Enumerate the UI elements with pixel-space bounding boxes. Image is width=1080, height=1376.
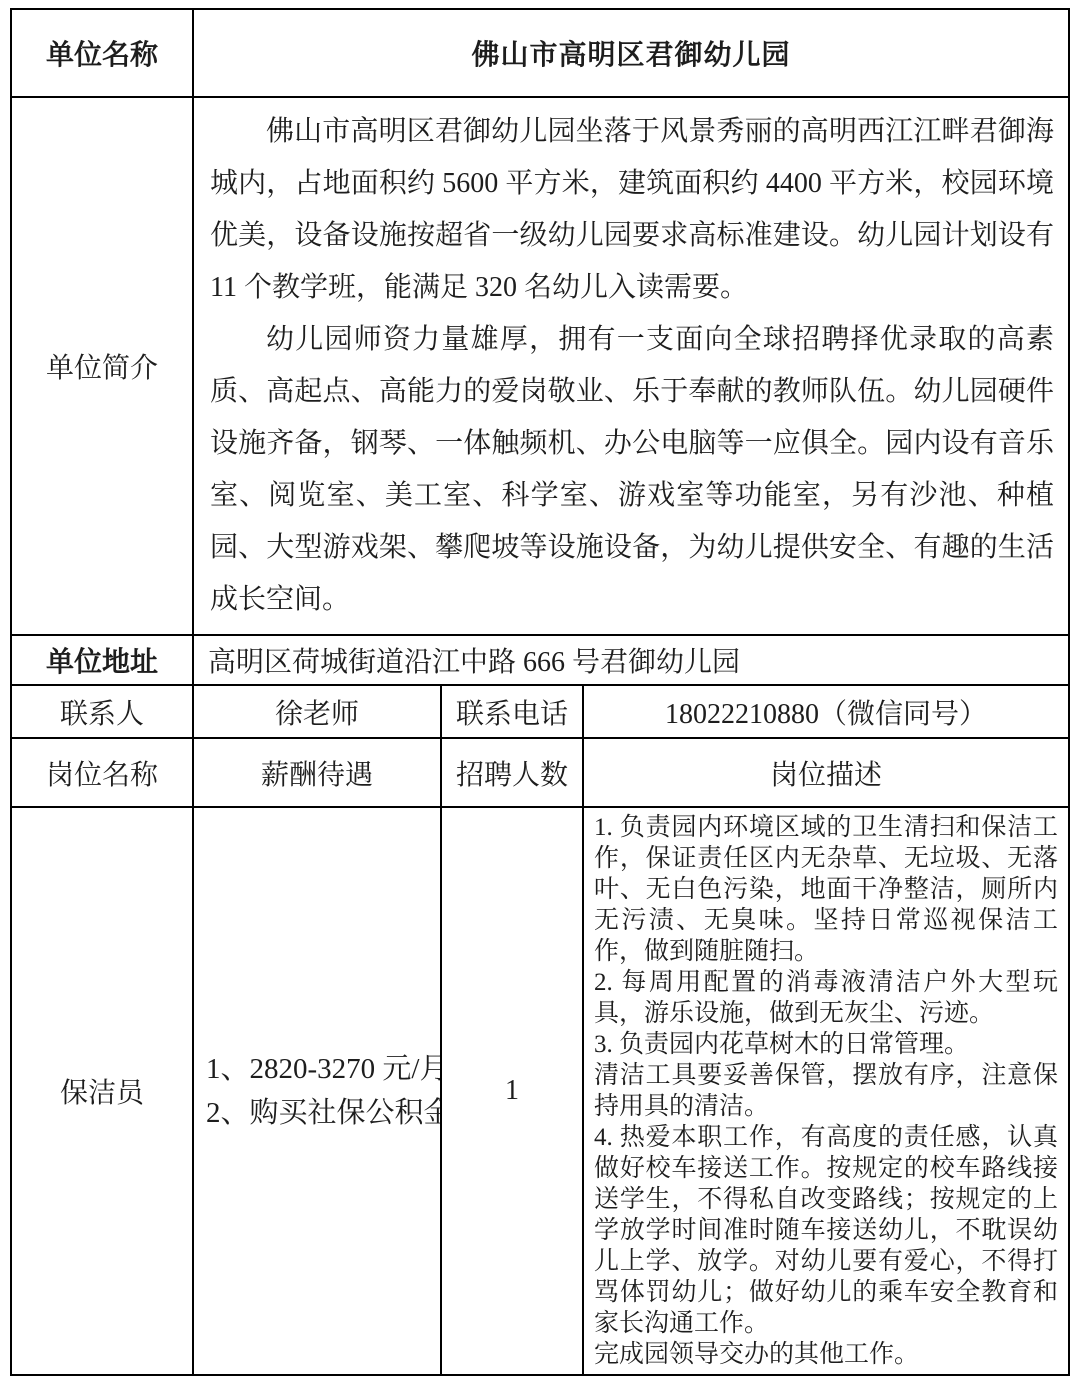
unit-intro-value: 佛山市高明区君御幼儿园坐落于风景秀丽的高明西江江畔君御海城内，占地面积约 560…	[193, 97, 1069, 635]
job-header-position: 岗位名称	[11, 738, 193, 807]
job-description-item-6: 完成园领导交办的其他工作。	[594, 1339, 1058, 1355]
job-header-salary: 薪酬待遇	[193, 738, 441, 807]
unit-intro-paragraph-1: 佛山市高明区君御幼儿园坐落于风景秀丽的高明西江江畔君御海城内，占地面积约 560…	[210, 106, 1054, 314]
unit-name-label: 单位名称	[11, 9, 193, 97]
job-header-description: 岗位描述	[583, 738, 1069, 807]
unit-intro-row: 单位简介 佛山市高明区君御幼儿园坐落于风景秀丽的高明西江江畔君御海城内，占地面积…	[11, 97, 1069, 635]
unit-address-row: 单位地址 高明区荷城街道沿江中路 666 号君御幼儿园	[11, 635, 1069, 685]
unit-intro-label: 单位简介	[11, 97, 193, 635]
job-row-cleaner: 保洁员 1、2820-3270 元/月； 2、购买社保公积金 1 1. 负责园内…	[11, 807, 1069, 1355]
job-description-value: 1. 负责园内环境区域的卫生清扫和保洁工作，保证责任区内无杂草、无垃圾、无落叶、…	[583, 807, 1069, 1355]
unit-name-value: 佛山市高明区君御幼儿园	[193, 9, 1069, 97]
contact-label: 联系人	[11, 685, 193, 738]
job-header-row: 岗位名称 薪酬待遇 招聘人数 岗位描述	[11, 738, 1069, 807]
job-description-item-5: 4. 热爱本职工作，有高度的责任感，认真做好校车接送工作。按规定的校车路线接送学…	[594, 1122, 1058, 1339]
job-description-item-4: 清洁工具要妥善保管，摆放有序，注意保持用具的清洁。	[594, 1060, 1058, 1122]
contact-name: 徐老师	[193, 685, 441, 738]
unit-name-row: 单位名称 佛山市高明区君御幼儿园	[11, 9, 1069, 97]
unit-address-value: 高明区荷城街道沿江中路 666 号君御幼儿园	[193, 635, 1069, 685]
unit-address-label: 单位地址	[11, 635, 193, 685]
job-salary-line-2: 2、购买社保公积金	[206, 1091, 439, 1135]
job-header-headcount: 招聘人数	[441, 738, 583, 807]
contact-row: 联系人 徐老师 联系电话 18022210880（微信同号）	[11, 685, 1069, 738]
job-salary-value: 1、2820-3270 元/月； 2、购买社保公积金	[193, 807, 441, 1355]
job-description-item-1: 1. 负责园内环境区域的卫生清扫和保洁工作，保证责任区内无杂草、无垃圾、无落叶、…	[594, 812, 1058, 967]
contact-phone-label: 联系电话	[441, 685, 583, 738]
job-salary-line-1: 1、2820-3270 元/月；	[206, 1047, 439, 1091]
job-posting-table: 单位名称 佛山市高明区君御幼儿园 单位简介 佛山市高明区君御幼儿园坐落于风景秀丽…	[10, 8, 1070, 1355]
job-position-value: 保洁员	[11, 807, 193, 1355]
contact-phone-value: 18022210880（微信同号）	[583, 685, 1069, 738]
unit-intro-paragraph-2: 幼儿园师资力量雄厚，拥有一支面向全球招聘择优录取的高素质、高起点、高能力的爱岗敬…	[210, 314, 1054, 626]
job-description-item-3: 3. 负责园内花草树木的日常管理。	[594, 1029, 1058, 1060]
job-headcount-value: 1	[441, 807, 583, 1355]
job-description-item-2: 2. 每周用配置的消毒液清洁户外大型玩具，游乐设施，做到无灰尘、污迹。	[594, 967, 1058, 1029]
